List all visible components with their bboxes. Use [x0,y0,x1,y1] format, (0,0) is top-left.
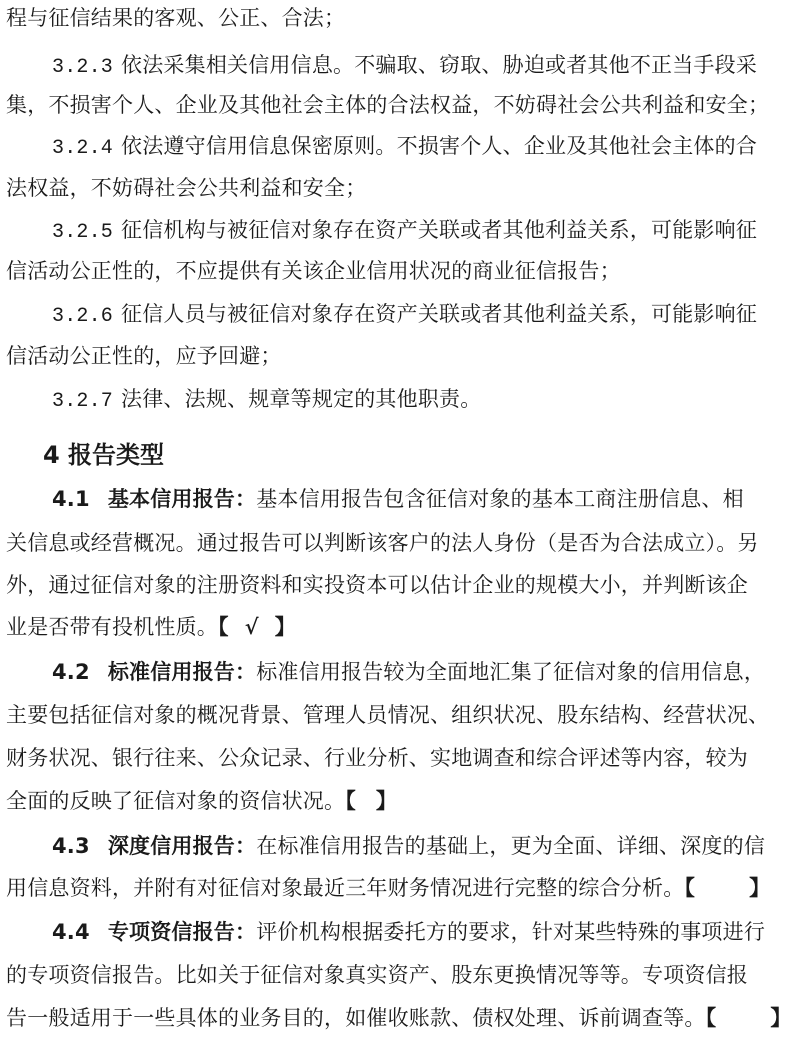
item-label: 专项资信报告： [108,920,256,944]
text-line: 告一般适用于一些具体的业务目的，如催收账款、债权处理、诉前调查等。【】 [6,1004,796,1032]
clause-text: 依法遵守信用信息保密原则。不损害个人、企业及其他社会主体的合 [121,134,757,158]
report-type-4-4: 4.4专项资信报告：评价机构根据委托方的要求，针对某些特殊的事项进行 [52,918,800,946]
item-text: 业是否带有投机性质。 [6,615,218,639]
item-label: 深度信用报告： [108,834,256,858]
clause-number: 3.2.4 [52,137,113,160]
clause-text: 法律、法规、规章等规定的其他职责。 [121,387,481,411]
answer-bracket-close: 】 [376,789,397,813]
paragraph-continuation: 程与征信结果的客观、公正、合法； [6,6,345,30]
clause-text: 信活动公正性的，应予回避； [6,344,282,368]
text-line: 关信息或经营概况。通过报告可以判断该客户的法人身份（是否为合法成立）。另 [6,529,796,557]
text-line: 财务状况、银行往来、公众记录、行业分析、实地调查和综合评述等内容，较为 [6,744,796,772]
clause-number: 3.2.3 [52,56,113,79]
text-line: 外，通过征信对象的注册资料和实投资本可以估计企业的规模大小，并判断该企 [6,571,796,599]
clause-3-2-7: 3.2.7法律、法规、规章等规定的其他职责。 [52,385,800,416]
answer-bracket-open: 【 [345,789,356,813]
item-label: 基本信用报告： [108,487,256,511]
item-text: 全面的反映了征信对象的资信状况。 [6,789,345,813]
answer-bracket-close: 】 [749,876,770,900]
item-text: 在标准信用报告的基础上，更为全面、详细、深度的信 [256,834,765,858]
answer-bracket-close: 】 [275,615,296,639]
text-line: 业是否带有投机性质。【√】 [6,613,796,641]
item-text: 用信息资料，并附有对征信对象最近三年财务情况进行完整的综合分析。 [6,876,684,900]
clause-3-2-3: 3.2.3依法采集相关信用信息。不骗取、窃取、胁迫或者其他不正当手段采 [52,51,800,82]
clause-number: 3.2.5 [52,221,113,244]
clause-3-2-6: 3.2.6征信人员与被征信对象存在资产关联或者其他利益关系，可能影响征 [52,300,800,331]
report-type-4-1: 4.1基本信用报告：基本信用报告包含征信对象的基本工商注册信息、相 [52,485,800,513]
text-line: 主要包括征信对象的概况背景、管理人员情况、组织状况、股东结构、经营状况、 [6,701,796,729]
item-text: 评价机构根据委托方的要求，针对某些特殊的事项进行 [256,920,765,944]
clause-text: 征信机构与被征信对象存在资产关联或者其他利益关系，可能影响征 [121,218,757,242]
item-number: 4.3 [52,834,90,858]
item-text: 主要包括征信对象的概况背景、管理人员情况、组织状况、股东结构、经营状况、 [6,703,769,727]
item-label: 标准信用报告： [108,660,256,684]
clause-3-2-4: 3.2.4依法遵守信用信息保密原则。不损害个人、企业及其他社会主体的合 [52,132,800,163]
report-type-4-2: 4.2标准信用报告：标准信用报告较为全面地汇集了征信对象的信用信息， [52,658,800,686]
clause-text: 依法采集相关信用信息。不骗取、窃取、胁迫或者其他不正当手段采 [121,53,757,77]
text-line: 用信息资料，并附有对征信对象最近三年财务情况进行完整的综合分析。【】 [6,874,796,902]
item-text: 关信息或经营概况。通过报告可以判断该客户的法人身份（是否为合法成立）。另 [6,531,759,555]
item-text: 外，通过征信对象的注册资料和实投资本可以估计企业的规模大小，并判断该企 [6,573,748,597]
answer-bracket-open: 【 [684,876,695,900]
item-number: 4.1 [52,487,90,511]
clause-text: 集，不损害个人、企业及其他社会主体的合法权益，不妨碍社会公共利益和安全； [6,93,769,117]
check-mark-icon[interactable]: √ [229,613,275,641]
clause-text: 信活动公正性的，不应提供有关该企业信用状况的商业征信报告； [6,259,621,283]
clause-3-2-5: 3.2.5征信机构与被征信对象存在资产关联或者其他利益关系，可能影响征 [52,216,800,247]
item-text: 标准信用报告较为全面地汇集了征信对象的信用信息， [256,660,765,684]
item-number: 4.4 [52,920,90,944]
item-text: 基本信用报告包含征信对象的基本工商注册信息、相 [256,487,744,511]
clause-text: 征信人员与被征信对象存在资产关联或者其他利益关系，可能影响征 [121,302,757,326]
item-number: 4.2 [52,660,90,684]
clause-number: 3.2.6 [52,305,113,328]
answer-bracket-open: 【 [218,615,229,639]
clause-number: 3.2.7 [52,390,113,413]
text-line: 程与征信结果的客观、公正、合法； [6,4,796,32]
section-heading: 4 报告类型 [43,440,164,470]
text-line: 集，不损害个人、企业及其他社会主体的合法权益，不妨碍社会公共利益和安全； [6,91,796,119]
item-text: 告一般适用于一些具体的业务目的，如催收账款、债权处理、诉前调查等。 [6,1006,706,1030]
text-line: 的专项资信报告。比如关于征信对象真实资产、股东更换情况等等。专项资信报 [6,961,796,989]
item-text: 财务状况、银行往来、公众记录、行业分析、实地调查和综合评述等内容，较为 [6,746,748,770]
text-line: 信活动公正性的，不应提供有关该企业信用状况的商业征信报告； [6,257,796,285]
answer-bracket-open: 【 [706,1006,717,1030]
answer-bracket-close: 】 [770,1006,791,1030]
item-text: 的专项资信报告。比如关于征信对象真实资产、股东更换情况等等。专项资信报 [6,963,748,987]
text-line: 信活动公正性的，应予回避； [6,342,796,370]
text-line: 法权益，不妨碍社会公共利益和安全； [6,174,796,202]
clause-text: 法权益，不妨碍社会公共利益和安全； [6,176,366,200]
report-type-4-3: 4.3深度信用报告：在标准信用报告的基础上，更为全面、详细、深度的信 [52,832,800,860]
text-line: 全面的反映了征信对象的资信状况。【】 [6,787,796,815]
